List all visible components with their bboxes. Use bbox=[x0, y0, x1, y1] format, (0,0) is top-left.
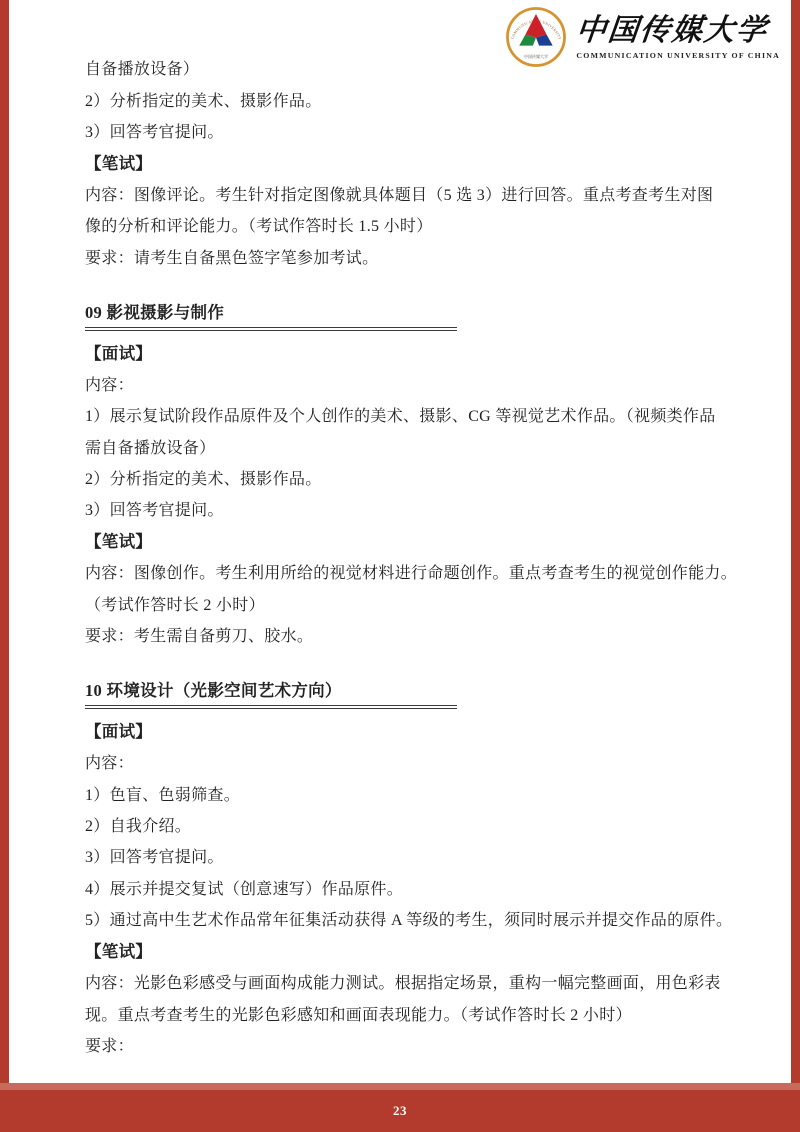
interview-label: 【面试】 bbox=[85, 336, 720, 367]
svg-text:中国传媒大学: 中国传媒大学 bbox=[524, 53, 548, 59]
doc-line: 内容： bbox=[85, 368, 720, 399]
section-heading-09: 09 影视摄影与制作 bbox=[85, 302, 720, 336]
heading-rule bbox=[85, 705, 457, 709]
written-exam-label: 【笔试】 bbox=[85, 525, 720, 556]
doc-line: 内容：图像创作。考生利用所给的视觉材料进行命题创作。重点考查考生的视觉创作能力。 bbox=[85, 556, 720, 587]
university-name-en: COMMUNICATION UNIVERSITY OF CHINA bbox=[576, 51, 780, 60]
university-wordmark: 中国传媒大学 COMMUNICATION UNIVERSITY OF CHINA bbox=[576, 14, 780, 60]
left-red-border bbox=[0, 0, 9, 1132]
university-name-cn: 中国传媒大学 bbox=[575, 14, 771, 48]
doc-line: 3）回答考官提问。 bbox=[85, 115, 720, 146]
doc-line: （考试作答时长 2 小时） bbox=[85, 588, 720, 619]
doc-line: 1）色盲、色弱筛查。 bbox=[85, 777, 720, 808]
page-number: 23 bbox=[393, 1103, 407, 1119]
footer-accent-strip bbox=[0, 1083, 800, 1090]
doc-line: 1）展示复试阶段作品原件及个人创作的美术、摄影、CG 等视觉艺术作品。（视频类作… bbox=[85, 399, 720, 430]
doc-line: 2）分析指定的美术、摄影作品。 bbox=[85, 83, 720, 114]
doc-line: 需自备播放设备） bbox=[85, 430, 720, 461]
university-header: COMMUNICATION UNIVERSITY OF CHINA 中国传媒大学… bbox=[505, 6, 780, 68]
interview-label: 【面试】 bbox=[85, 714, 720, 745]
doc-line: 3）回答考官提问。 bbox=[85, 840, 720, 871]
cuc-seal-icon: COMMUNICATION UNIVERSITY OF CHINA 中国传媒大学 bbox=[505, 6, 567, 68]
doc-line: 要求：考生需自备剪刀、胶水。 bbox=[85, 619, 720, 650]
doc-line: 内容： bbox=[85, 746, 720, 777]
written-exam-label: 【笔试】 bbox=[85, 935, 720, 966]
doc-line: 内容：光影色彩感受与画面构成能力测试。根据指定场景，重构一幅完整画面，用色彩表 bbox=[85, 966, 720, 997]
doc-line: 要求： bbox=[85, 1029, 720, 1060]
doc-line: 5）通过高中生艺术作品常年征集活动获得 A 等级的考生，须同时展示并提交作品的原… bbox=[85, 903, 720, 934]
written-exam-label: 【笔试】 bbox=[85, 146, 720, 177]
doc-line: 2）分析指定的美术、摄影作品。 bbox=[85, 462, 720, 493]
document-body: 自备播放设备） 2）分析指定的美术、摄影作品。 3）回答考官提问。 【笔试】 内… bbox=[0, 0, 800, 1060]
doc-line: 现。重点考查考生的光影色彩感知和画面表现能力。（考试作答时长 2 小时） bbox=[85, 997, 720, 1028]
section-heading-10: 10 环境设计（光影空间艺术方向） bbox=[85, 680, 720, 714]
doc-line: 3）回答考官提问。 bbox=[85, 493, 720, 524]
section-title: 09 影视摄影与制作 bbox=[85, 302, 720, 324]
doc-line: 4）展示并提交复试（创意速写）作品原件。 bbox=[85, 872, 720, 903]
document-page: COMMUNICATION UNIVERSITY OF CHINA 中国传媒大学… bbox=[0, 0, 800, 1132]
doc-line: 2）自我介绍。 bbox=[85, 809, 720, 840]
doc-line: 像的分析和评论能力。（考试作答时长 1.5 小时） bbox=[85, 209, 720, 240]
right-red-border bbox=[791, 0, 800, 1132]
footer-bar: 23 bbox=[0, 1090, 800, 1132]
doc-line: 内容：图像评论。考生针对指定图像就具体题目（5 选 3）进行回答。重点考查考生对… bbox=[85, 178, 720, 209]
doc-line: 要求：请考生自备黑色签字笔参加考试。 bbox=[85, 241, 720, 272]
heading-rule bbox=[85, 327, 457, 331]
section-title: 10 环境设计（光影空间艺术方向） bbox=[85, 680, 720, 702]
